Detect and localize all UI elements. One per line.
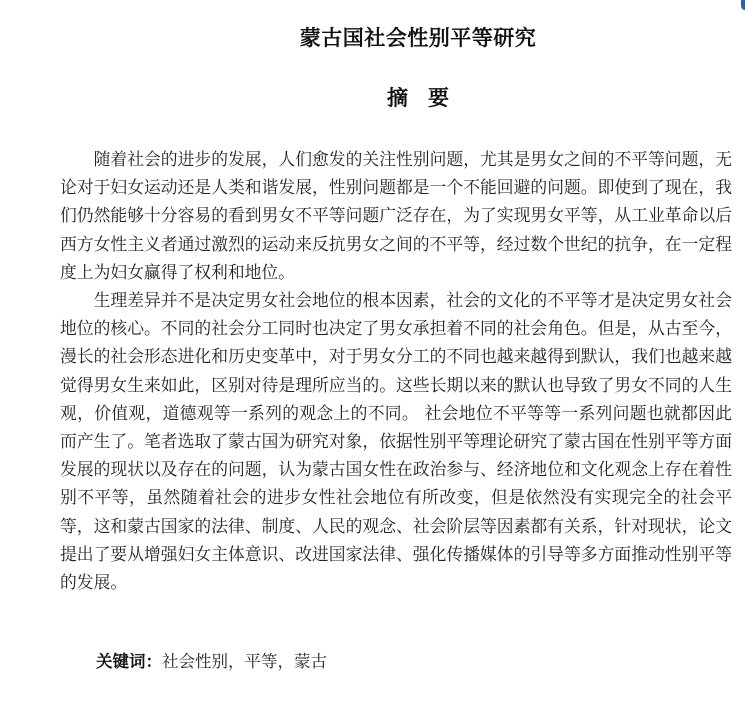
corner-mark: [741, 0, 745, 10]
abstract-body: 随着社会的进步的发展，人们愈发的关注性别问题，尤其是男女之间的不平等问题，无论对…: [60, 145, 732, 596]
paper-title: 蒙古国社会性别平等研究: [0, 22, 745, 52]
keywords-label: 关键词：: [96, 652, 162, 671]
abstract-paragraph-2: 生理差异并不是决定男女社会地位的根本因素，社会的文化的不平等才是决定男女社会地位…: [60, 286, 732, 596]
abstract-paragraph-1: 随着社会的进步的发展，人们愈发的关注性别问题，尤其是男女之间的不平等问题，无论对…: [60, 145, 732, 286]
keywords-value: 社会性别，平等，蒙古: [162, 652, 327, 671]
abstract-heading: 摘要: [0, 82, 745, 112]
keywords-line: 关键词：社会性别，平等，蒙古: [96, 648, 327, 672]
abstract-heading-char-2: 要: [428, 86, 449, 110]
abstract-heading-char-1: 摘: [387, 86, 408, 110]
